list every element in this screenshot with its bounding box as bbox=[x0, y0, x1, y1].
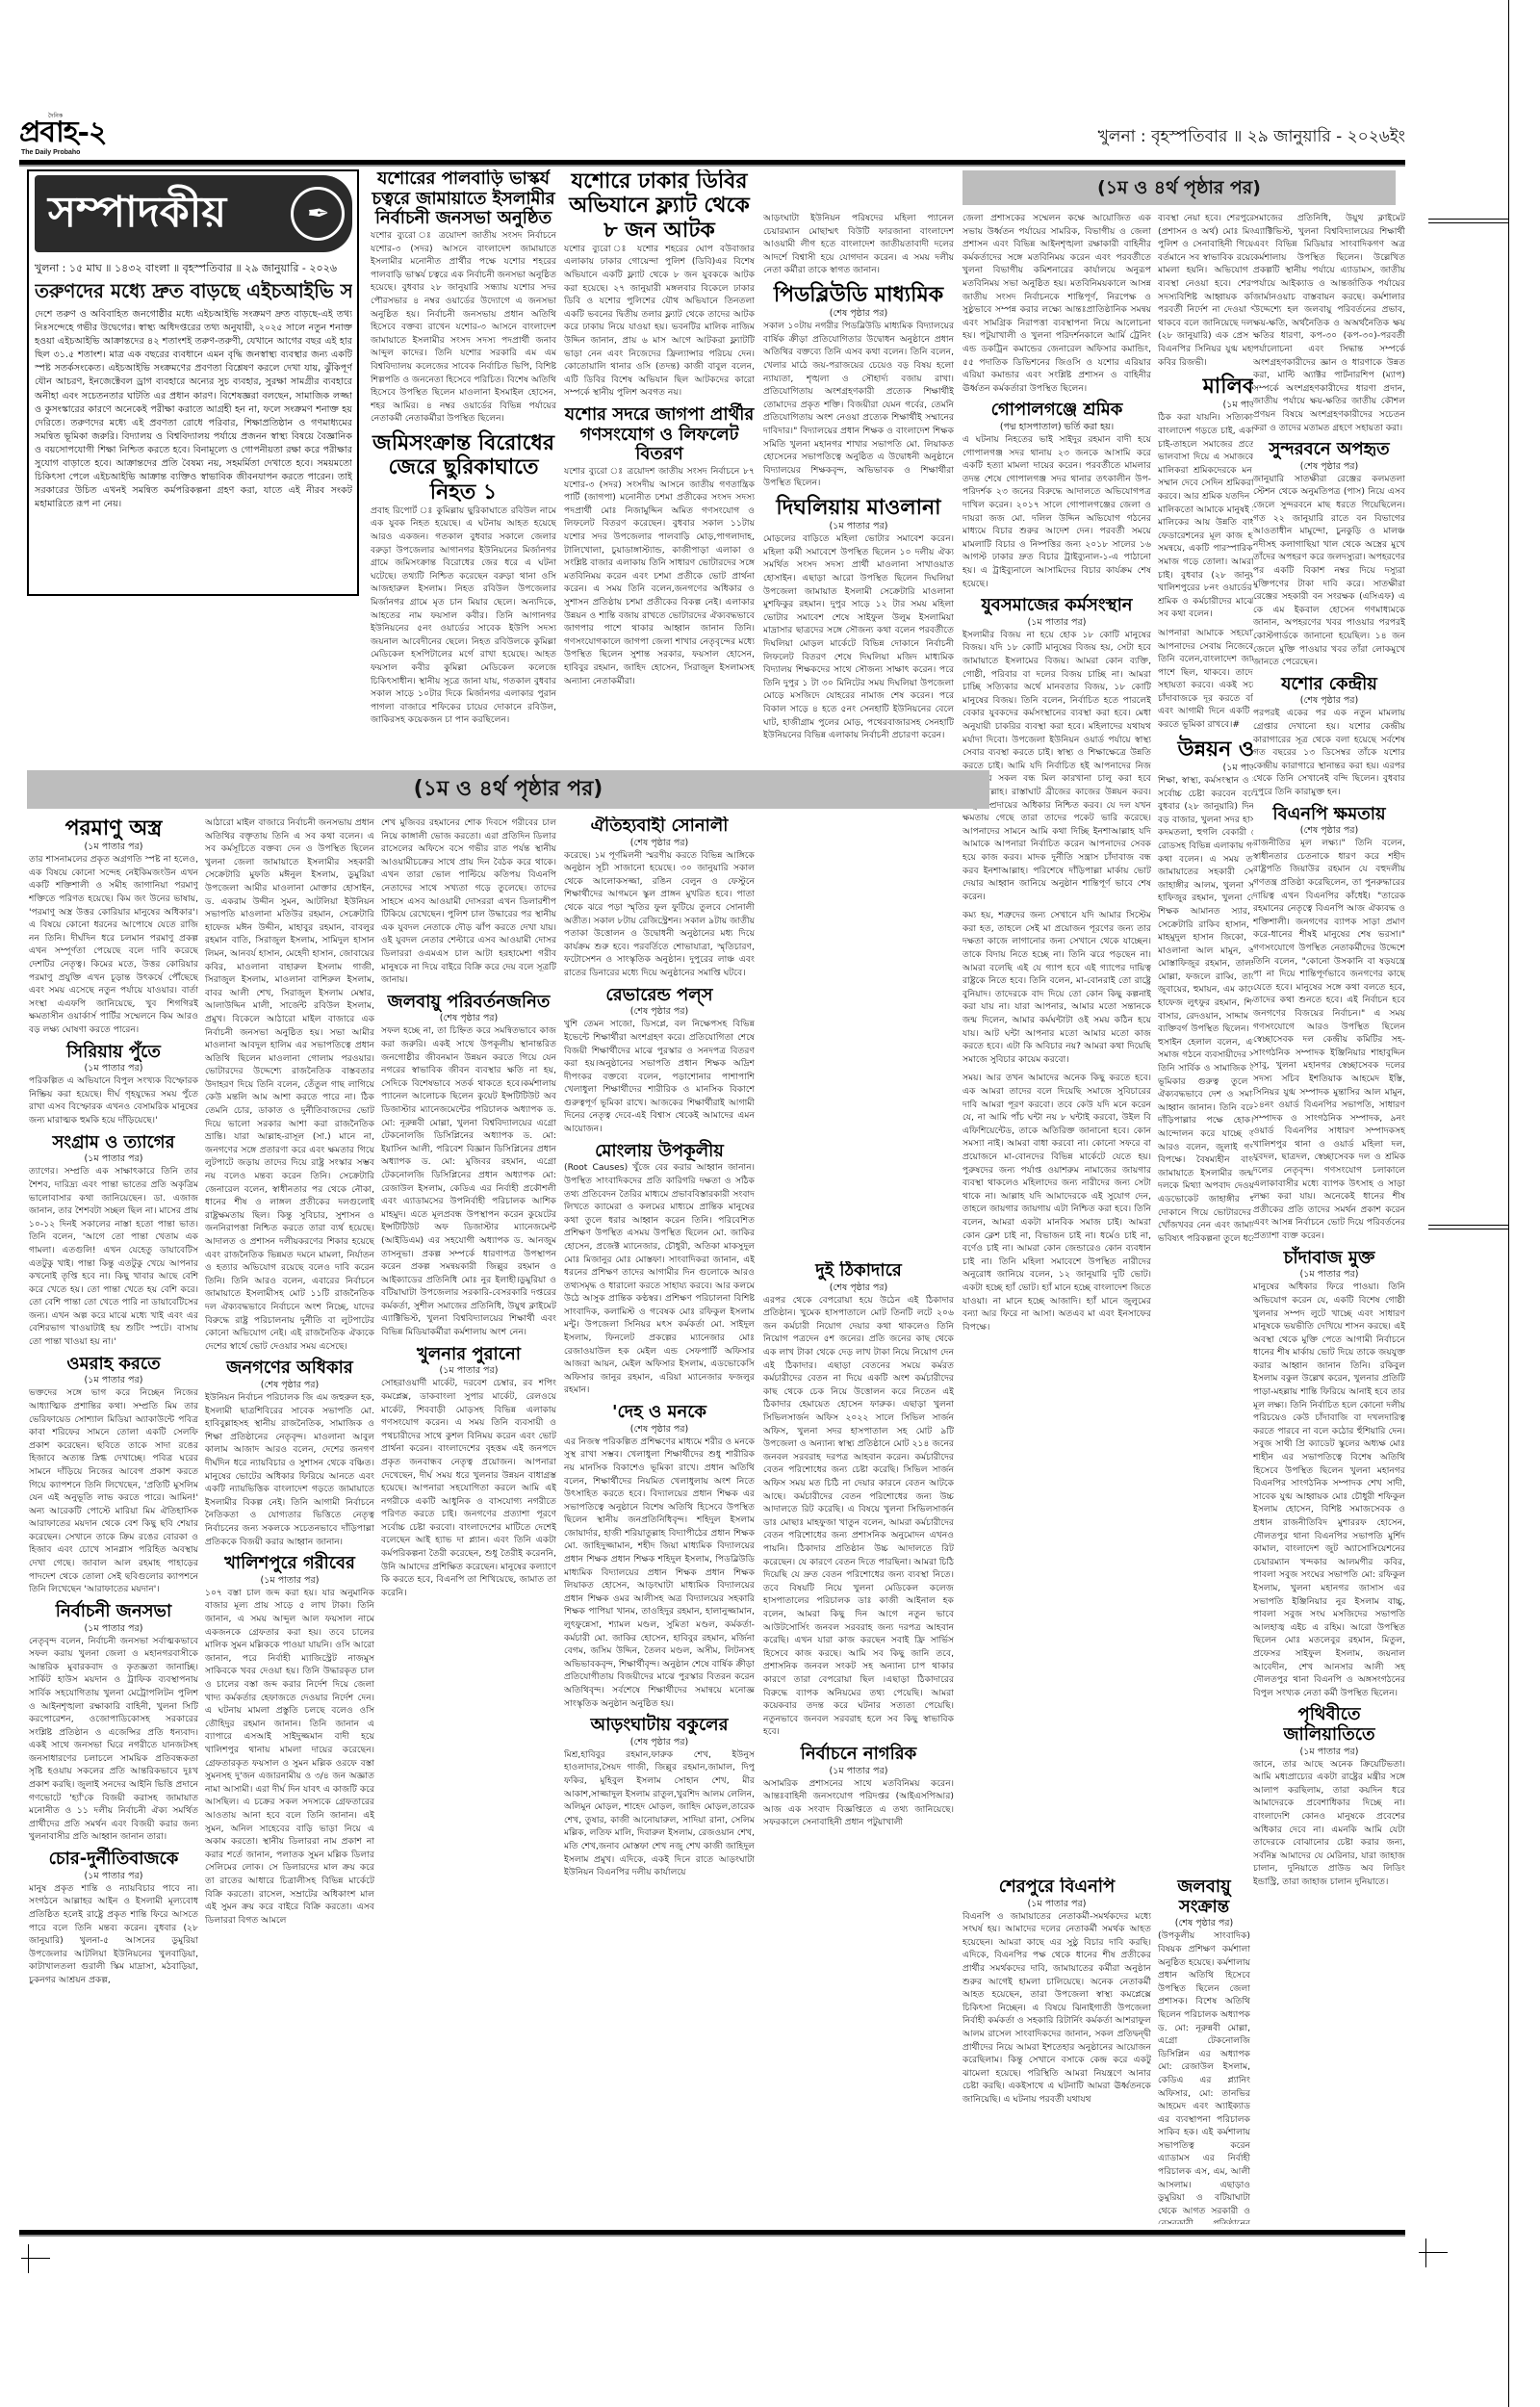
story-reverend: রেভারেন্ড পল্স (শেষ পৃষ্ঠার পর) খুশি তেম… bbox=[564, 986, 755, 1136]
story-kicker: (১ম পাতার পর) bbox=[1253, 1268, 1405, 1281]
story-body: সোহরাওয়ার্দী মার্কেট, দরবেশ চেম্বার, রব… bbox=[381, 1377, 556, 1599]
story-body: যশোর ব্যুরো ঃ ত্রয়োদশ জাতীয় সংসদ নির্ব… bbox=[564, 465, 755, 687]
story-kicker: (১ম পাতার পর) bbox=[962, 616, 1151, 629]
story-headline: রেভারেন্ড পল্স bbox=[564, 986, 755, 1006]
story-aranghata-top: আড়ংঘাটা ইউনিয়ন পরিষদের মহিলা প্যানেল চ… bbox=[763, 212, 954, 277]
editorial-banner: সম্পাদকীয় ✒ bbox=[35, 175, 352, 252]
editorial-section: সম্পাদকীয় ✒ খুলনা : ১৫ মাঘ ॥ ১৪৩২ বাংলা… bbox=[27, 169, 359, 596]
story-kicker: (১ম পাতার পর) bbox=[205, 1574, 374, 1587]
column-top-a: যশোরের পালবাড়ি ভাস্কর্য চত্বরে জামায়াত… bbox=[371, 169, 556, 766]
story-body: এ ঘটনায় নিহতের ভাই সাইদুর রহমান বাদী হয… bbox=[962, 433, 1151, 590]
story-kicker: (১ম পাতার পর) bbox=[29, 841, 198, 853]
story-syria: সিরিয়ায় পুঁতে (১ম পাতার পর) পরিকল্পিত … bbox=[29, 1043, 198, 1127]
story-shaikh-mujib: শেখ মুজিবর রহমানের শোক দিবসে গরীবের চাল … bbox=[381, 816, 556, 987]
story-kicker: (শেষ পৃষ্ঠার পর) bbox=[1253, 694, 1405, 707]
story-headline: পরমাণু অস্ত্র bbox=[29, 816, 198, 841]
story-body: (Root Causes) খুঁজে বের করার আহ্বান জানা… bbox=[564, 1161, 755, 1397]
story-headline: যুবসমাজের কর্মসংস্থান bbox=[962, 596, 1151, 616]
story-kicker: (১ম পাতার পর) bbox=[29, 1374, 198, 1386]
story-headline: পিডব্লিউডি মাধ্যমিক bbox=[763, 283, 954, 307]
story-kicker: (১ম পাতার পর) bbox=[29, 1870, 198, 1882]
story-kicker: (১ম পাতার পর) bbox=[763, 1765, 954, 1777]
story-body: জেলা প্রশাসকের সম্মেলন কক্ষে আয়োজিত এক … bbox=[962, 212, 1151, 395]
editorial-title: সম্পাদকীয় bbox=[48, 181, 226, 245]
story-body: সময়। আর তখন আমাদের অনেক কিছু করতে হবে। … bbox=[962, 1072, 1151, 1333]
story-body: রাজনীতির মূল লক্ষ্য।" তিনি বলেন, স্বাধীন… bbox=[1253, 837, 1405, 1242]
story-dhakar-dibi: যশোরে ঢাকার ডিবির অভিযানে ফ্ল্যাট থেকে ৮… bbox=[564, 169, 755, 400]
registration-mark-icon bbox=[1419, 2239, 1448, 2267]
story-body: অসামরিক প্রশাসনের সাথে মতবিনিময় করেন। আ… bbox=[763, 1777, 954, 1829]
story-body: শেখ মুজিবর রহমানের শোক দিবসে গরীবের চাল … bbox=[381, 816, 556, 987]
story-climate-change: জলবায়ু পরিবর্তনজনিত (শেষ পৃষ্ঠার পর) সফ… bbox=[381, 993, 556, 1339]
story-aranghatay: আড়ংঘাটায় বকুলের (শেষ পৃষ্ঠার পর) মিশ্র… bbox=[564, 1716, 755, 1879]
story-jolobayu-sonkranto: জলবায়ু সংক্রান্ত (শেষ পৃষ্ঠার পর) (উপকূ… bbox=[1158, 1877, 1250, 2224]
story-sundarban: সুন্দরবনে অপহৃত (শেষ পৃষ্ঠার পর) জানুয়া… bbox=[1253, 440, 1405, 669]
side-rule bbox=[1428, 219, 1508, 223]
story-body: প্রবাহ রিপোর্ট ঃ কুমিল্লায় ছুরিকাঘাতে র… bbox=[371, 505, 556, 727]
story-body: সমাজের প্রতিনিধি, উয়ুথ ক্লাইমেট এ্যাক্ট… bbox=[1253, 212, 1405, 434]
registration-mark-icon bbox=[21, 2244, 50, 2273]
story-headline: শেরপুরে বিএনপি bbox=[962, 1877, 1151, 1898]
story-headline: চাঁদাবাজ মুক্ত bbox=[1253, 1249, 1405, 1269]
continued-band-top: (১ম ও ৪র্থ পৃষ্ঠার পর) bbox=[962, 170, 1396, 205]
story-body: এর নিজস্ব পরিকল্পিত প্রশিক্ষণের মাধ্যমে … bbox=[564, 1436, 755, 1710]
story-body: যশোর ব্যুরো ঃ যশোর শহরের ঘোপ বউবাজার এলা… bbox=[564, 243, 755, 400]
story-body: মিশ্র,হাবিবুর রহমান,ফারুক শেখ, ইউনুস হাও… bbox=[564, 1748, 755, 1879]
story-headline: পৃথিবীতে জালিয়াতিতে bbox=[1253, 1705, 1405, 1745]
story-body: সকাল ১০টায় নগরীর পিডব্লিউডি মাধ্যমিক বি… bbox=[763, 320, 954, 490]
column-top-b: যশোরে ঢাকার ডিবির অভিযানে ফ্ল্যাট থেকে ৮… bbox=[564, 169, 755, 766]
story-headline: খালিশপুরে গরীবের bbox=[205, 1554, 374, 1574]
story-body: ইউনিয়ন নির্বাচন পরিচালক জি এম জহুরুল হক… bbox=[205, 1391, 374, 1548]
story-prithibi: পৃথিবীতে জালিয়াতিতে (১ম পাতার পর) জানে,… bbox=[1253, 1705, 1405, 1888]
top-rule bbox=[19, 160, 1405, 167]
editorial-body: দেশে তরুণ ও অবিবাহিত জনগোষ্ঠীর মধ্যে এইচ… bbox=[35, 308, 352, 591]
story-body: মানুষের অধিকার ফিরে পাওয়া। তিনি অভিযোগ … bbox=[1253, 1281, 1405, 1699]
story-kicker: (পদ্ম হাসপাতাল) ভর্তি করা হয়। bbox=[962, 421, 1151, 433]
story-headline: জলবায়ু পরিবর্তনজনিত bbox=[381, 993, 556, 1013]
story-pwd: পিডব্লিউডি মাধ্যমিক (শেষ পৃষ্ঠার পর) সকা… bbox=[763, 283, 954, 490]
story-kicker: (১ম পাতার পর) bbox=[763, 520, 954, 532]
column-lower-7: জলবায়ু সংক্রান্ত (শেষ পৃষ্ঠার পর) (উপকূ… bbox=[1158, 1877, 1250, 2224]
story-nirbachone-nagorik: নির্বাচনে নাগরিক (১ম পাতার পর) অসামরিক প… bbox=[763, 1745, 954, 1829]
story-omrah: ওমরাহ করতে (১ম পাতার পর) ভক্তদের সঙ্গে ভ… bbox=[29, 1355, 198, 1596]
story-body: আঠারো মাইল বাজারে নির্বাচনী জনসভায় প্রধ… bbox=[205, 816, 374, 1353]
story-khulna-purano: খুলনার পুরানো (১ম পাতার পর) সোহরাওয়ার্দ… bbox=[381, 1345, 556, 1600]
story-kicker: (শেষ পৃষ্ঠার পর) bbox=[1158, 1917, 1250, 1929]
story-headline: সিরিয়ায় পুঁতে bbox=[29, 1043, 198, 1063]
story-body: বিএনপি ও জামায়াতের নেতাকর্মী-সমর্থকদের … bbox=[962, 1910, 1151, 2107]
story-khalishpur: খালিশপুরে গরীবের (১ম পাতার পর) ১০৭ বস্তা… bbox=[205, 1554, 374, 1927]
story-body: ত্যাগের। সম্প্রতি এক সাক্ষাৎকারে তিনি তা… bbox=[29, 1165, 198, 1348]
story-bnp-power: বিএনপি ক্ষমতায় (শেষ পৃষ্ঠার পর) রাজনীতি… bbox=[1253, 805, 1405, 1243]
story-shibu-mahila: সময়। আর তখন আমাদের অনেক কিছু করতে হবে। … bbox=[962, 1072, 1151, 1333]
story-body: পরিকল্পিত এ অভিযানে বিপুল সংখ্যক বিস্ফোর… bbox=[29, 1074, 198, 1126]
story-headline: সংগ্রাম ও ত্যাগের bbox=[29, 1133, 198, 1153]
story-deho: 'দেহ ও মনকে (শেষ পৃষ্ঠার পর) এর নিজস্ব প… bbox=[564, 1403, 755, 1710]
story-body: যশোর ব্যুরো ঃ ত্রয়োদশ জাতীয় সংসদ নির্ব… bbox=[371, 229, 556, 426]
story-oitihyobahi: ঐতিহ্যবাহী সোনালী (শেষ পৃষ্ঠার পর) করেছে… bbox=[564, 816, 755, 980]
story-body: কম্য হয়, শত্রুদের জন্য সেখানে যদি আমার … bbox=[962, 909, 1151, 1066]
story-headline: মোংলায় উপকূলীয় bbox=[564, 1142, 755, 1162]
story-dighalia: দিঘলিয়ায় মাওলানা (১ম পাতার পর) মোড়লের… bbox=[763, 496, 954, 742]
story-body: নেতৃবৃন্দ বলেন, নির্বাচনী জনসভা সর্বাত্ম… bbox=[29, 1635, 198, 1845]
story-kicker: (১ম পাতার পর) bbox=[1253, 1746, 1405, 1758]
story-kicker: (শেষ পৃষ্ঠার পর) bbox=[763, 307, 954, 320]
story-body: মোড়লের বাড়িতে মহিলা ভোটার সমাবেশ করেন।… bbox=[763, 532, 954, 742]
story-headline: ঐতিহ্যবাহী সোনালী bbox=[564, 816, 755, 837]
story-headline: আড়ংঘাটায় বকুলের bbox=[564, 1716, 755, 1736]
continued-band-mid: (১ম ও ৪র্থ পৃষ্ঠার পর) bbox=[27, 770, 989, 809]
masthead: দৈনিক প্রবাহ-২ The Daily Probaho খুলনা :… bbox=[19, 111, 1405, 159]
story-kicker: (শেষ পৃষ্ঠার পর) bbox=[564, 1005, 755, 1018]
story-body: তার শাসনামলের প্রকৃত অগ্রগতি স্পষ্ট না হ… bbox=[29, 853, 198, 1036]
story-body: পরপরই একের পর এক নতুন মামলায় গ্রেপ্তার … bbox=[1253, 707, 1405, 798]
story-gopalganj: গোপালগঞ্জে শ্রমিক (পদ্ম হাসপাতাল) ভর্তি … bbox=[962, 401, 1151, 590]
story-body: সফল হচ্ছে না, তা চিহ্নিত করে সমন্বিতভাবে… bbox=[381, 1024, 556, 1338]
story-body: খুশি তেমন সাজো, ডিসপ্লে, বল নিক্ষেপসহ বি… bbox=[564, 1018, 755, 1135]
column-lower-4: ঐতিহ্যবাহী সোনালী (শেষ পৃষ্ঠার পর) করেছে… bbox=[564, 816, 755, 2224]
pen-nib-icon: ✒ bbox=[291, 187, 345, 241]
column-lower-3: শেখ মুজিবর রহমানের শোক দিবসে গরীবের চাল … bbox=[381, 816, 556, 2224]
editorial-headline: তরুণদের মধ্যে দ্রুত বাড়ছে এইচআইভি সংক্র… bbox=[35, 278, 352, 303]
story-kicker: (শেষ পৃষ্ঠার পর) bbox=[1253, 460, 1405, 473]
story-body: জানুয়ারি সাতক্ষীরা রেঞ্জের কলমতলা স্টেশ… bbox=[1253, 473, 1405, 669]
story-body: মানুষ প্রকৃত শান্তি ও ন্যায়বিচার পাবে ন… bbox=[29, 1882, 198, 1987]
story-headline: ওমরাহ করতে bbox=[29, 1355, 198, 1375]
story-body: জানে, তার আছে অনেক ক্রিয়েটিভতা। আমি মধ্… bbox=[1253, 1758, 1405, 1889]
story-headline: দিঘলিয়ায় মাওলানা bbox=[763, 496, 954, 520]
column-lower-1: পরমাণু অস্ত্র (১ম পাতার পর) তার শাসনামলে… bbox=[29, 816, 198, 2224]
story-headline: যশোর কেন্দ্রীয় bbox=[1253, 675, 1405, 695]
story-kicker: (শেষ পৃষ্ঠার পর) bbox=[564, 1736, 755, 1748]
story-body: করেছে। ১ম পূর্ণমিলনী স্মরণীয় করতে বিভিন… bbox=[564, 849, 755, 980]
story-nirbachoni-jonosova: নির্বাচনী জনসভা (১ম পাতার পর) নেতৃবৃন্দ … bbox=[29, 1602, 198, 1844]
column-right-c: সমাজের প্রতিনিধি, উয়ুথ ক্লাইমেট এ্যাক্ট… bbox=[1253, 212, 1405, 2224]
story-atharo-mail: আঠারো মাইল বাজারে নির্বাচনী জনসভায় প্রধ… bbox=[205, 816, 374, 1353]
newspaper-logo: দৈনিক প্রবাহ-২ The Daily Probaho bbox=[19, 111, 164, 159]
page-dateline: খুলনা : বৃহস্পতিবার ॥ ২৯ জানুয়ারি - ২০২… bbox=[1098, 124, 1405, 151]
story-body: আড়ংঘাটা ইউনিয়ন পরিষদের মহিলা প্যানেল চ… bbox=[763, 212, 954, 277]
story-jubosomaj: যুবসমাজের কর্মসংস্থান (১ম পাতার পর) ইসলা… bbox=[962, 596, 1151, 903]
story-shibu-top: কম্য হয়, শত্রুদের জন্য সেখানে যদি আমার … bbox=[962, 909, 1151, 1066]
story-sadar-jagpa: যশোর সদরে জাগপা প্রার্থীর গণসংযোগ ও লিফল… bbox=[564, 405, 755, 687]
story-headline: যশোরের পালবাড়ি ভাস্কর্য চত্বরে জামায়াত… bbox=[371, 169, 556, 229]
story-chor-durniti: চোর-দুর্নীতিবাজকে (১ম পাতার পর) মানুষ প্… bbox=[29, 1850, 198, 1986]
story-headline: যশোরে ঢাকার ডিবির অভিযানে ফ্ল্যাট থেকে ৮… bbox=[564, 169, 755, 243]
story-sherpure-bnp: শেরপুরে বিএনপি (১ম পাতার পর) বিএনপি ও জা… bbox=[962, 1877, 1151, 2107]
story-body: ভক্তদের সঙ্গে ভাগ করে নিচ্ছেন নিজের আধ্য… bbox=[29, 1386, 198, 1596]
story-headline: জনগণের অধিকার bbox=[205, 1359, 374, 1379]
story-jomi: জমিসংক্রান্ত বিরোধের জেরে ছুরিকাঘাতে নিহ… bbox=[371, 431, 556, 727]
story-palbari: যশোরের পালবাড়ি ভাস্কর্য চত্বরে জামায়াত… bbox=[371, 169, 556, 426]
column-top-c: আড়ংঘাটা ইউনিয়ন পরিষদের মহিলা প্যানেল চ… bbox=[763, 212, 954, 766]
story-headline: জলবায়ু সংক্রান্ত bbox=[1158, 1877, 1250, 1917]
story-kicker: (শেষ পৃষ্ঠার পর) bbox=[564, 1423, 755, 1436]
story-kicker: (শেষ পৃষ্ঠার পর) bbox=[1253, 824, 1405, 837]
story-dui-thikadar: দুই ঠিকাদারে (শেষ পৃষ্ঠার পর) এরপর থেকে … bbox=[763, 1261, 954, 1739]
page-right-border bbox=[1508, 0, 1509, 2407]
story-jessore-central: যশোর কেন্দ্রীয় (শেষ পৃষ্ঠার পর) পরপরই এ… bbox=[1253, 675, 1405, 799]
story-body: ইসলামীর বিজয় না হয়ে হোক ১৮ কোটি মানুষে… bbox=[962, 629, 1151, 903]
story-songram: সংগ্রাম ও ত্যাগের (১ম পাতার পর) ত্যাগের।… bbox=[29, 1133, 198, 1349]
logo-subtitle: The Daily Probaho bbox=[21, 149, 80, 156]
story-headline: যশোর সদরে জাগপা প্রার্থীর গণসংযোগ ও লিফল… bbox=[564, 405, 755, 465]
story-body: (উপকূলীয় সাংবাদিক) বিষয়ক প্রশিক্ষণ কর্… bbox=[1158, 1929, 1250, 2224]
story-headline: 'দেহ ও মনকে bbox=[564, 1403, 755, 1423]
story-body: ১০৭ বস্তা চাল জব্দ করা হয়। যার অনুমানিক… bbox=[205, 1587, 374, 1927]
story-kicker: (শেষ পৃষ্ঠার পর) bbox=[381, 1012, 556, 1024]
story-headline: দুই ঠিকাদারে bbox=[763, 1261, 954, 1281]
column-lower-2: আঠারো মাইল বাজারে নির্বাচনী জনসভায় প্রধ… bbox=[205, 816, 374, 2224]
story-headline: সুন্দরবনে অপহৃত bbox=[1253, 440, 1405, 460]
side-rule bbox=[1428, 1225, 1508, 1229]
story-kicker: (শেষ পৃষ্ঠার পর) bbox=[763, 1281, 954, 1294]
bottom-rule bbox=[19, 2230, 1405, 2237]
story-mongla: মোংলায় উপকূলীয় (Root Causes) খুঁজে বের… bbox=[564, 1142, 755, 1397]
story-headline: খুলনার পুরানো bbox=[381, 1345, 556, 1365]
story-headline: জমিসংক্রান্ত বিরোধের জেরে ছুরিকাঘাতে নিহ… bbox=[371, 431, 556, 505]
story-climate-workshop: সমাজের প্রতিনিধি, উয়ুথ ক্লাইমেট এ্যাক্ট… bbox=[1253, 212, 1405, 434]
story-headline: গোপালগঞ্জে শ্রমিক bbox=[962, 401, 1151, 421]
story-kicker: (১ম পাতার পর) bbox=[962, 1898, 1151, 1910]
story-headline: বিএনপি ক্ষমতায় bbox=[1253, 805, 1405, 825]
column-right-a: জেলা প্রশাসকের সম্মেলন কক্ষে আয়োজিত এক … bbox=[962, 212, 1151, 1752]
story-kicker: (শেষ পৃষ্ঠার পর) bbox=[205, 1379, 374, 1391]
story-headline: চোর-দুর্নীতিবাজকে bbox=[29, 1850, 198, 1870]
story-prosashon: জেলা প্রশাসকের সম্মেলন কক্ষে আয়োজিত এক … bbox=[962, 212, 1151, 395]
story-kicker: (শেষ পৃষ্ঠার পর) bbox=[564, 837, 755, 849]
story-headline: নির্বাচনী জনসভা bbox=[29, 1602, 198, 1622]
story-poromanu: পরমাণু অস্ত্র (১ম পাতার পর) তার শাসনামলে… bbox=[29, 816, 198, 1037]
story-kicker: (১ম পাতার পর) bbox=[29, 1062, 198, 1074]
story-kicker: (১ম পাতার পর) bbox=[29, 1152, 198, 1165]
story-kicker: (১ম পাতার পর) bbox=[381, 1364, 556, 1377]
story-body: এরপর থেকে বেপরোয়া হয়ে উঠেন এই ঠিকাদার … bbox=[763, 1294, 954, 1739]
story-kicker: (১ম পাতার পর) bbox=[29, 1622, 198, 1635]
logo-title: প্রবাহ-২ bbox=[19, 118, 107, 147]
column-lower-6: শেরপুরে বিএনপি (১ম পাতার পর) বিএনপি ও জা… bbox=[962, 1877, 1151, 2224]
story-jonogoner: জনগণের অধিকার (শেষ পৃষ্ঠার পর) ইউনিয়ন ন… bbox=[205, 1359, 374, 1548]
column-lower-5: দুই ঠিকাদারে (শেষ পৃষ্ঠার পর) এরপর থেকে … bbox=[763, 1261, 954, 2224]
editorial-dateline: খুলনা : ১৫ মাঘ ॥ ১৪৩২ বাংলা ॥ বৃহস্পতিবা… bbox=[35, 260, 352, 278]
story-headline: নির্বাচনে নাগরিক bbox=[763, 1745, 954, 1765]
story-chandabaj: চাঁদাবাজ মুক্ত (১ম পাতার পর) মানুষের অধি… bbox=[1253, 1249, 1405, 1700]
